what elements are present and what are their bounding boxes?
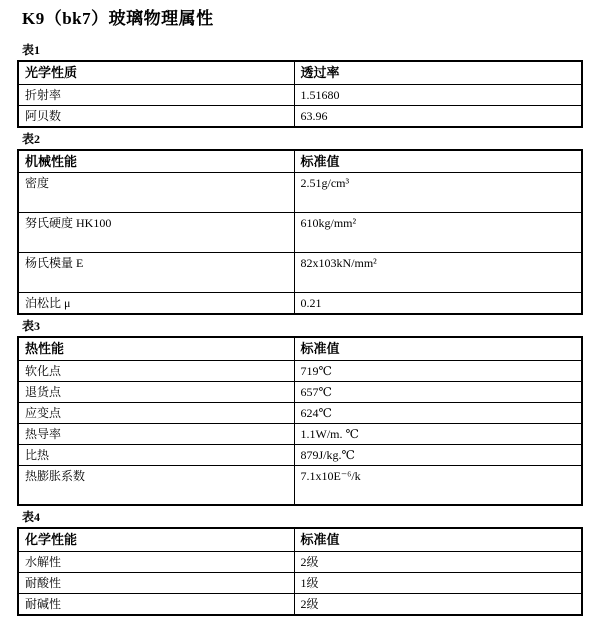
property-name-cell: 热膨胀系数 (18, 465, 294, 505)
properties-table: 机械性能 标准值 密度 2.51g/cm³ 努氏硬度 HK100 610kg/m… (17, 149, 583, 316)
property-value-cell: 2级 (294, 593, 582, 615)
property-value-cell: 879J/kg.℃ (294, 444, 582, 465)
property-value-cell: 610kg/mm² (294, 213, 582, 253)
table-row: 软化点 719℃ (18, 360, 582, 381)
table-body: 密度 2.51g/cm³ 努氏硬度 HK100 610kg/mm² 杨氏模量 E… (18, 173, 582, 315)
property-name-cell: 应变点 (18, 402, 294, 423)
property-name-cell: 热导率 (18, 423, 294, 444)
properties-table: 化学性能 标准值 水解性 2级 耐酸性 1级 耐碱性 2级 (17, 527, 583, 616)
properties-table: 热性能 标准值 软化点 719℃ 退货点 657℃ 应变点 624℃ 热导率 1… (17, 336, 583, 506)
table-row: 退货点 657℃ (18, 381, 582, 402)
table-body: 软化点 719℃ 退货点 657℃ 应变点 624℃ 热导率 1.1W/m. ℃… (18, 360, 582, 505)
property-name-cell: 退货点 (18, 381, 294, 402)
property-name-cell: 耐酸性 (18, 572, 294, 593)
table-block: 表1 光学性质 透过率 折射率 1.51680 阿贝数 63.96 (17, 43, 583, 128)
property-value-cell: 63.96 (294, 105, 582, 127)
table-row: 折射率 1.51680 (18, 84, 582, 105)
table-block: 表3 热性能 标准值 软化点 719℃ 退货点 657℃ 应变点 624℃ 热导… (17, 319, 583, 506)
page-title: K9（bk7）玻璃物理属性 (22, 8, 583, 30)
table-body: 折射率 1.51680 阿贝数 63.96 (18, 84, 582, 127)
value-column-header: 透过率 (294, 61, 582, 84)
table-row: 密度 2.51g/cm³ (18, 173, 582, 213)
table-row: 应变点 624℃ (18, 402, 582, 423)
table-header-row: 热性能 标准值 (18, 337, 582, 360)
table-row: 努氏硬度 HK100 610kg/mm² (18, 213, 582, 253)
table-row: 热导率 1.1W/m. ℃ (18, 423, 582, 444)
value-column-header: 标准值 (294, 150, 582, 173)
table-row: 耐酸性 1级 (18, 572, 582, 593)
table-label: 表1 (22, 43, 583, 58)
table-row: 泊松比 μ 0.21 (18, 293, 582, 315)
property-name-cell: 阿贝数 (18, 105, 294, 127)
properties-table: 光学性质 透过率 折射率 1.51680 阿贝数 63.96 (17, 60, 583, 128)
property-name-cell: 努氏硬度 HK100 (18, 213, 294, 253)
table-row: 耐碱性 2级 (18, 593, 582, 615)
table-block: 表4 化学性能 标准值 水解性 2级 耐酸性 1级 耐碱性 2级 (17, 510, 583, 616)
table-label: 表3 (22, 319, 583, 334)
property-value-cell: 657℃ (294, 381, 582, 402)
property-name-cell: 折射率 (18, 84, 294, 105)
property-name-cell: 泊松比 μ (18, 293, 294, 315)
property-value-cell: 1.1W/m. ℃ (294, 423, 582, 444)
property-value-cell: 82x103kN/mm² (294, 253, 582, 293)
table-header-row: 光学性质 透过率 (18, 61, 582, 84)
document: K9（bk7）玻璃物理属性 表1 光学性质 透过率 折射率 1.51680 阿贝… (0, 0, 598, 616)
table-header-row: 机械性能 标准值 (18, 150, 582, 173)
table-row: 杨氏模量 E 82x103kN/mm² (18, 253, 582, 293)
table-row: 比热 879J/kg.℃ (18, 444, 582, 465)
tables-container: 表1 光学性质 透过率 折射率 1.51680 阿贝数 63.96 表2 机械性… (17, 43, 583, 616)
table-header-row: 化学性能 标准值 (18, 528, 582, 551)
property-name-cell: 水解性 (18, 551, 294, 572)
property-name-cell: 杨氏模量 E (18, 253, 294, 293)
property-value-cell: 2.51g/cm³ (294, 173, 582, 213)
table-body: 水解性 2级 耐酸性 1级 耐碱性 2级 (18, 551, 582, 615)
table-row: 热膨胀系数 7.1x10E⁻⁶/k (18, 465, 582, 505)
table-block: 表2 机械性能 标准值 密度 2.51g/cm³ 努氏硬度 HK100 610k… (17, 132, 583, 316)
property-value-cell: 2级 (294, 551, 582, 572)
value-column-header: 标准值 (294, 528, 582, 551)
table-row: 阿贝数 63.96 (18, 105, 582, 127)
property-value-cell: 0.21 (294, 293, 582, 315)
property-column-header: 机械性能 (18, 150, 294, 173)
property-value-cell: 1级 (294, 572, 582, 593)
property-name-cell: 密度 (18, 173, 294, 213)
property-column-header: 化学性能 (18, 528, 294, 551)
value-column-header: 标准值 (294, 337, 582, 360)
property-name-cell: 比热 (18, 444, 294, 465)
property-value-cell: 7.1x10E⁻⁶/k (294, 465, 582, 505)
property-name-cell: 软化点 (18, 360, 294, 381)
property-value-cell: 719℃ (294, 360, 582, 381)
table-label: 表2 (22, 132, 583, 147)
property-name-cell: 耐碱性 (18, 593, 294, 615)
property-column-header: 光学性质 (18, 61, 294, 84)
table-label: 表4 (22, 510, 583, 525)
property-column-header: 热性能 (18, 337, 294, 360)
table-row: 水解性 2级 (18, 551, 582, 572)
property-value-cell: 624℃ (294, 402, 582, 423)
property-value-cell: 1.51680 (294, 84, 582, 105)
